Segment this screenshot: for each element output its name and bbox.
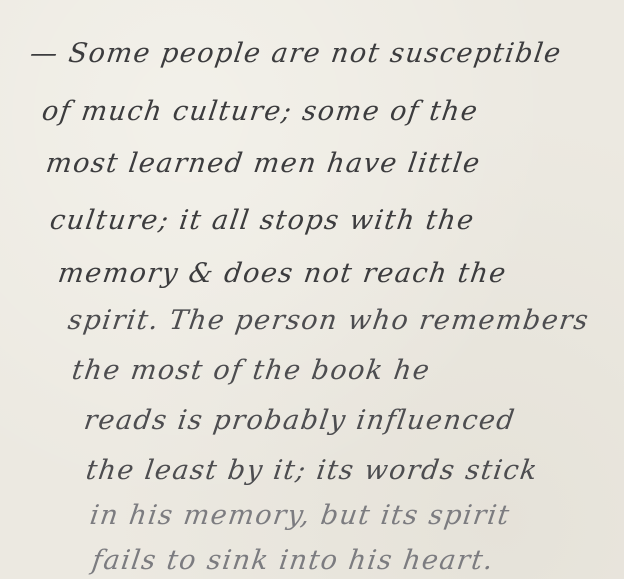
manuscript-page: — Some people are not susceptible of muc…: [0, 0, 624, 579]
text-line-1: — Some people are not susceptible: [28, 38, 564, 69]
text-line-9: the least by it; its words stick: [84, 455, 540, 486]
text-line-2: of much culture; some of the: [40, 96, 481, 127]
text-line-4: culture; it all stops with the: [48, 205, 477, 236]
text-line-10: in his memory, but its spirit: [88, 500, 512, 531]
text-line-3: most learned men have little: [44, 148, 483, 179]
text-line-5: memory & does not reach the: [56, 258, 509, 289]
text-line-11: fails to sink into his heart.: [90, 545, 496, 576]
text-line-8: reads is probably influenced: [82, 405, 518, 436]
text-line-7: the most of the book he: [70, 355, 433, 386]
text-line-6: spirit. The person who remembers: [66, 305, 591, 336]
